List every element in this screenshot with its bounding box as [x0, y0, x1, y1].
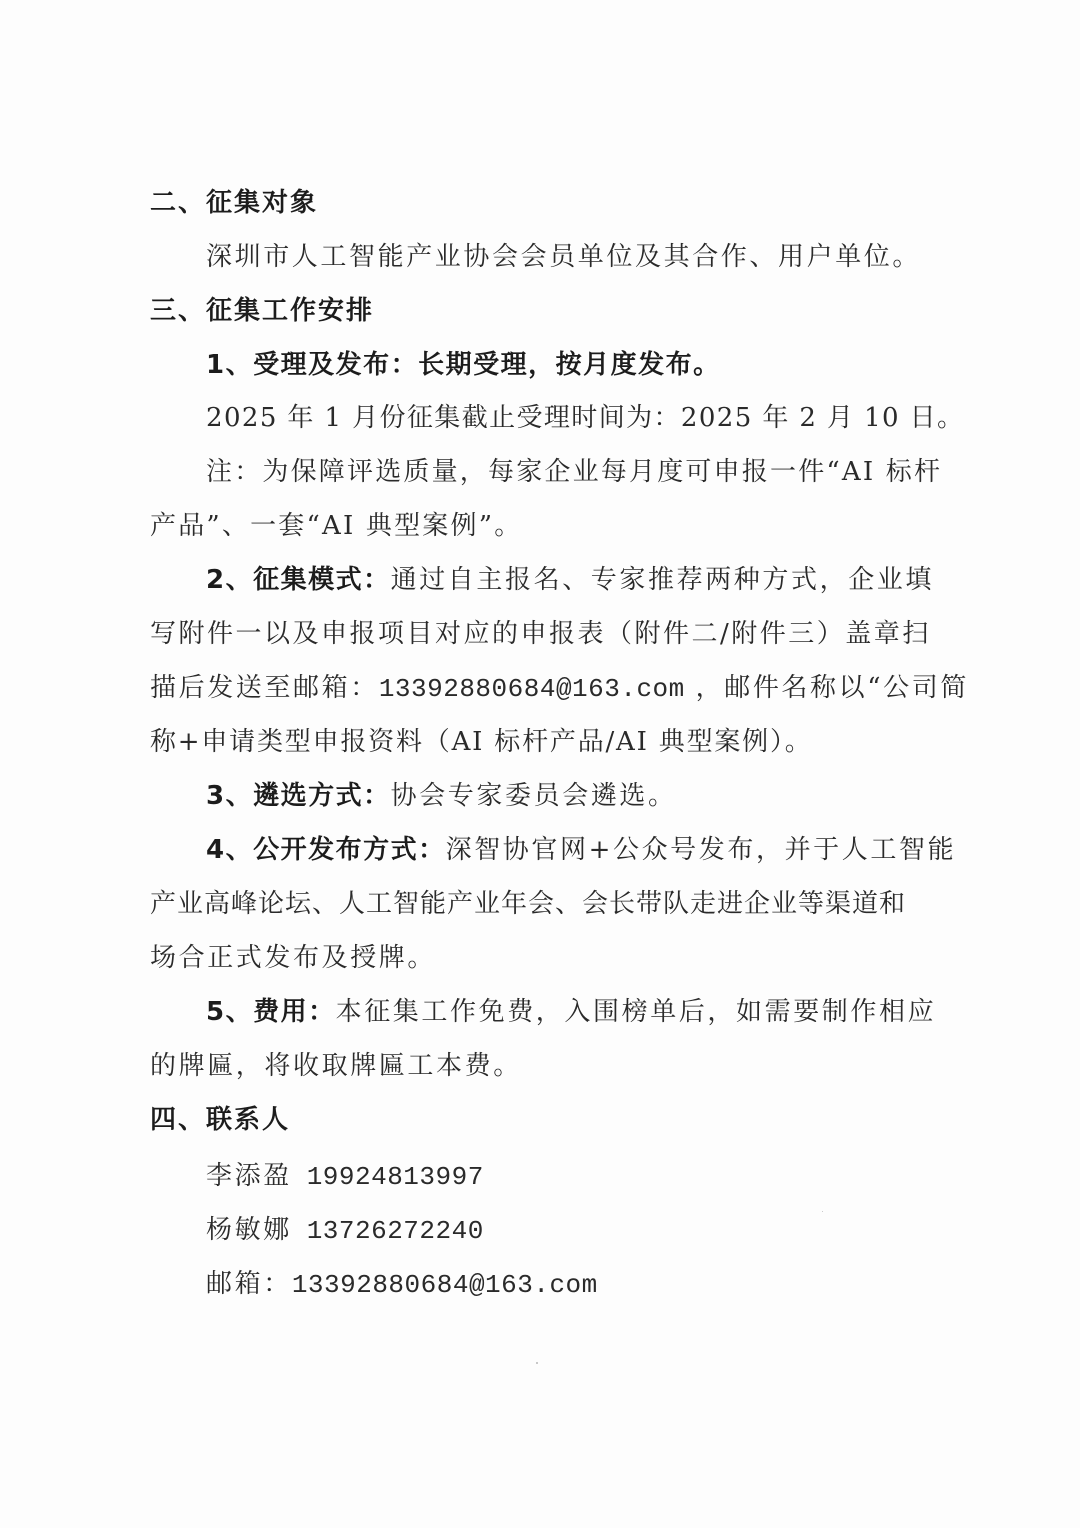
item1-note-line1: 注：为保障评选质量，每家企业每月度可申报一件“AI 标杆: [206, 455, 942, 489]
contact-phone: 19924813997: [307, 1162, 484, 1192]
item3-line: 3、遴选方式：协会专家委员会遴选。: [206, 779, 677, 813]
item2-line3-suffix: ，邮件名称以“公司简: [685, 673, 969, 703]
item5-lead: 5、费用：: [206, 997, 336, 1027]
item5-line1: 5、费用：本征集工作免费，入围榜单后，如需要制作相应: [206, 995, 936, 1029]
section-heading-arrangement: 三、征集工作安排: [150, 294, 374, 328]
targets-body: 深圳市人工智能产业协会会员单位及其合作、用户单位。: [206, 240, 921, 274]
contact-email: 13392880684@163.com: [292, 1270, 598, 1300]
contact-phone: 13726272240: [307, 1216, 484, 1246]
contact-name: 李添盈: [206, 1161, 292, 1191]
scan-speck: [822, 1211, 823, 1212]
document-page: 二、征集对象 深圳市人工智能产业协会会员单位及其合作、用户单位。 三、征集工作安…: [0, 0, 1080, 1528]
contact-row: 李添盈 19924813997: [206, 1159, 484, 1194]
item2-line4: 称+申请类型申报资料（AI 标杆产品/AI 典型案例）。: [150, 725, 813, 759]
item2-line3: 描后发送至邮箱：13392880684@163.com ，邮件名称以“公司简: [150, 671, 969, 706]
item4-lead: 4、公开发布方式：: [206, 835, 446, 865]
item1-acceptance-release: 1、受理及发布：长期受理，按月度发布。: [206, 348, 721, 382]
item2-line1-text: 通过自主报名、专家推荐两种方式，企业填: [391, 565, 934, 595]
item4-line3: 场合正式发布及授牌。: [150, 941, 436, 975]
item5-line1-text: 本征集工作免费，入围榜单后，如需要制作相应: [336, 997, 937, 1027]
item3-text: 协会专家委员会遴选。: [391, 781, 677, 811]
item2-line2: 写附件一以及申报项目对应的申报表（附件二/附件三）盖章扫: [150, 617, 931, 651]
submission-email: 13392880684@163.com: [379, 674, 685, 704]
item4-line1-text: 深智协官网+公众号发布，并于人工智能: [446, 835, 957, 865]
contact-email-row: 邮箱：13392880684@163.com: [206, 1267, 598, 1302]
item2-line3-prefix: 描后发送至邮箱：: [150, 673, 379, 703]
item1-deadline: 2025 年 1 月份征集截止受理时间为：2025 年 2 月 10 日。: [206, 401, 964, 435]
contact-name: 杨敏娜: [206, 1215, 292, 1245]
item4-line2: 产业高峰论坛、人工智能产业年会、会长带队走进企业等渠道和: [150, 887, 906, 921]
section-heading-targets: 二、征集对象: [150, 186, 318, 220]
item1-note-line2: 产品”、一套“AI 典型案例”。: [150, 509, 522, 543]
item2-lead: 2、征集模式：: [206, 565, 391, 595]
item2-line1: 2、征集模式：通过自主报名、专家推荐两种方式，企业填: [206, 563, 934, 597]
contact-email-label: 邮箱：: [206, 1269, 292, 1299]
contact-row: 杨敏娜 13726272240: [206, 1213, 484, 1248]
item3-lead: 3、遴选方式：: [206, 781, 391, 811]
item4-line1: 4、公开发布方式：深智协官网+公众号发布，并于人工智能: [206, 833, 956, 867]
scan-speck: [536, 1362, 538, 1364]
section-heading-contacts: 四、联系人: [150, 1103, 290, 1137]
item5-line2: 的牌匾，将收取牌匾工本费。: [150, 1049, 522, 1083]
